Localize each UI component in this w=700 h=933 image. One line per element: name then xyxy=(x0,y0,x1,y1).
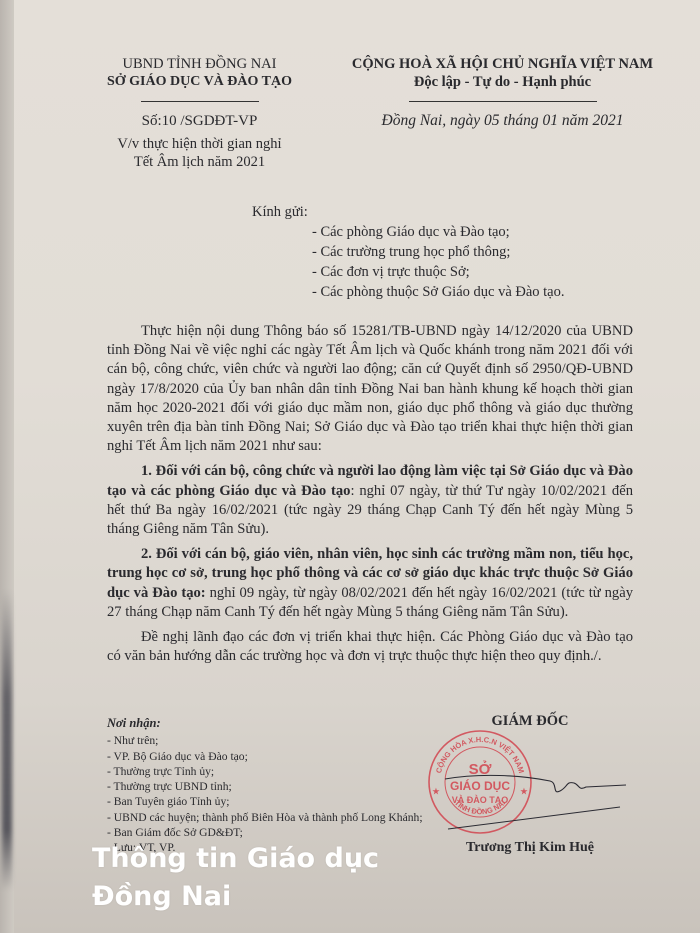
issuing-authority: UBND TỈNH ĐỒNG NAI xyxy=(92,55,307,73)
header-right: CỘNG HOÀ XÃ HỘI CHỦ NGHĨA VIỆT NAM Độc l… xyxy=(330,55,675,130)
document-body: Thực hiện nội dung Thông báo số 15281/TB… xyxy=(107,322,633,672)
distribution-item: - Thường trực UBND tỉnh; xyxy=(107,779,437,794)
distribution-label: Nơi nhận: xyxy=(107,716,437,731)
watermark-caption: Thông tin Giáo dục Đồng Nai xyxy=(92,840,379,916)
subject-line: V/v thực hiện thời gian nghỉ xyxy=(92,135,307,153)
subject-line: Tết Âm lịch năm 2021 xyxy=(92,153,307,171)
intro-paragraph: Thực hiện nội dung Thông báo số 15281/TB… xyxy=(107,322,633,456)
distribution-item: - Ban Giám đốc Sở GD&ĐT; xyxy=(107,825,437,840)
distribution-item: - Ban Tuyên giáo Tỉnh ủy; xyxy=(107,794,437,809)
distribution-item: - UBND các huyện; thành phố Biên Hòa và … xyxy=(107,810,437,825)
document-subject: V/v thực hiện thời gian nghỉ Tết Âm lịch… xyxy=(92,135,307,171)
closing-paragraph: Đề nghị lãnh đạo các đơn vị triển khai t… xyxy=(107,628,633,666)
signer-name: Trương Thị Kim Huệ xyxy=(440,840,620,856)
addressee-item: - Các trường trung học phổ thông; xyxy=(312,242,565,262)
item-2-paragraph: 2. Đối với cán bộ, giáo viên, nhân viên,… xyxy=(107,545,633,622)
addressee-item: - Các phòng Giáo dục và Đào tạo; xyxy=(312,222,565,242)
distribution-item: - Như trên; xyxy=(107,733,437,748)
addressee-list: - Các phòng Giáo dục và Đào tạo; - Các t… xyxy=(312,222,565,302)
addressees: Kính gửi: - Các phòng Giáo dục và Đào tạ… xyxy=(252,202,565,302)
header-left: UBND TỈNH ĐỒNG NAI SỞ GIÁO DỤC VÀ ĐÀO TẠ… xyxy=(92,55,307,171)
handwritten-signature-icon xyxy=(440,755,630,835)
place-date: Đồng Nai, ngày 05 tháng 01 năm 2021 xyxy=(330,112,675,130)
watermark-line: Đồng Nai xyxy=(92,878,379,916)
watermark-line: Thông tin Giáo dục xyxy=(92,840,379,878)
addressee-label: Kính gửi: xyxy=(252,202,565,222)
addressee-item: - Các đơn vị trực thuộc Sở; xyxy=(312,262,565,282)
binder-shadow xyxy=(2,590,12,890)
issuing-department: SỞ GIÁO DỤC VÀ ĐÀO TẠO xyxy=(92,73,307,91)
national-title: CỘNG HOÀ XÃ HỘI CHỦ NGHĨA VIỆT NAM xyxy=(330,55,675,73)
header-divider xyxy=(141,101,259,102)
item-1-paragraph: 1. Đối với cán bộ, công chức và người la… xyxy=(107,462,633,539)
distribution-list: Nơi nhận: - Như trên; - VP. Bộ Giáo dục … xyxy=(107,716,437,856)
addressee-item: - Các phòng thuộc Sở Giáo dục và Đào tạo… xyxy=(312,282,565,302)
distribution-item: - VP. Bộ Giáo dục và Đào tạo; xyxy=(107,749,437,764)
national-motto: Độc lập - Tự do - Hạnh phúc xyxy=(330,73,675,91)
motto-divider xyxy=(409,101,597,102)
distribution-item: - Thường trực Tỉnh ủy; xyxy=(107,764,437,779)
document-number: Số:10 /SGDĐT-VP xyxy=(92,112,307,130)
